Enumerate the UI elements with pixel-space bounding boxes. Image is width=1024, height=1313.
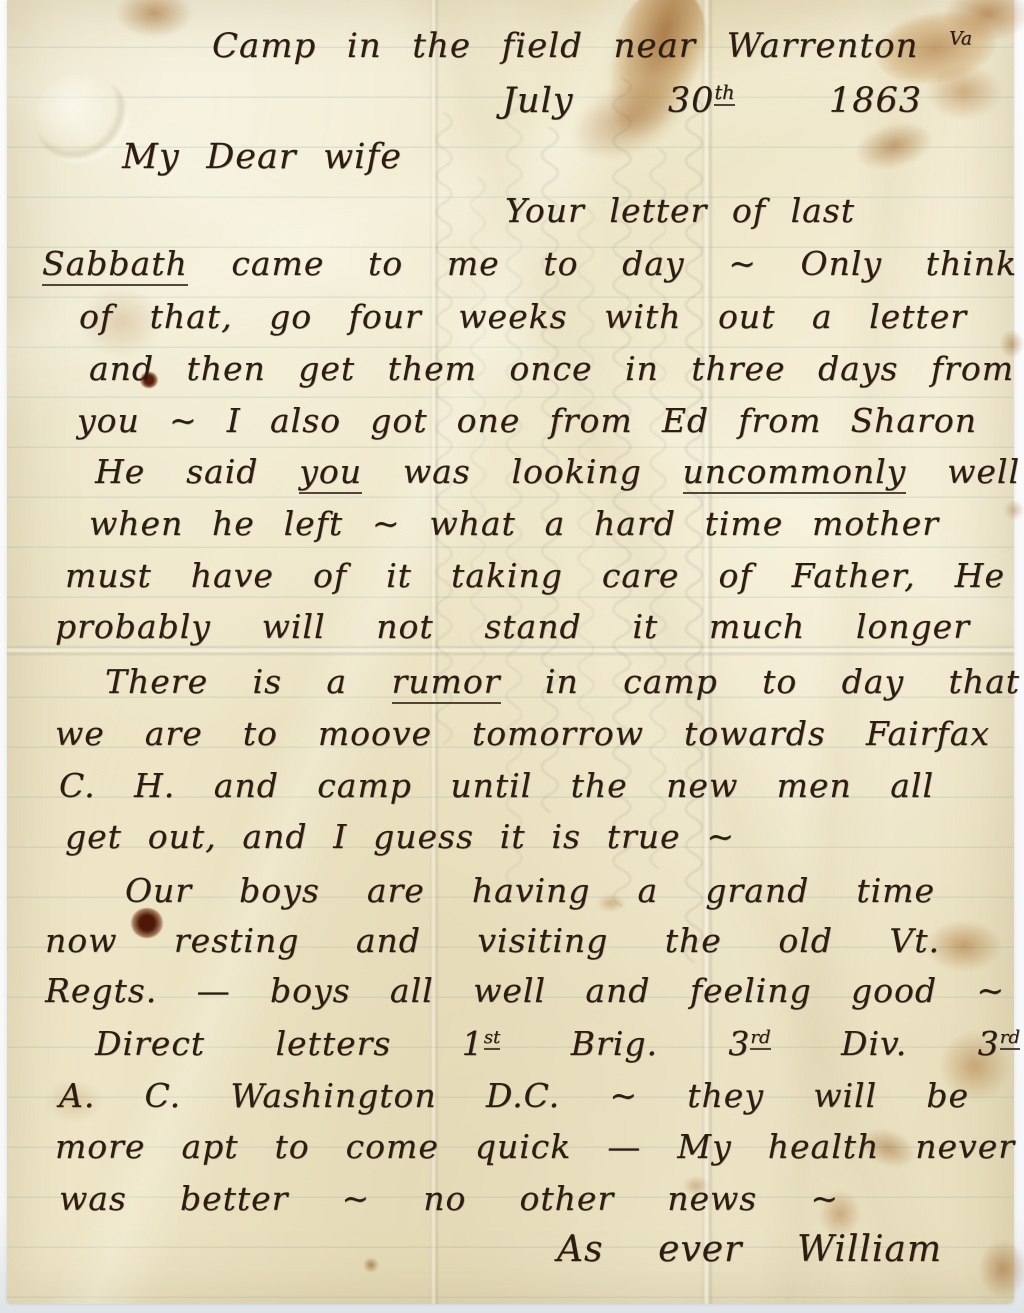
letter-text-segment: As ever William (557, 1229, 942, 1270)
letter-text-segment: now resting and visiting the old Vt. (45, 921, 940, 960)
letter-text-segment: There is a (105, 662, 392, 701)
letter-text-segment: and then get them once in three days fro… (89, 349, 1014, 388)
scan-stage: Camp in the field near Warrenton VaJuly … (0, 0, 1024, 1313)
letter-line-15: C. H. and camp until the new men all (59, 766, 934, 806)
letter-text-segment: probably will not stand it much longer (55, 607, 970, 646)
letter-text-segment: of that, go four weeks with out a letter (79, 297, 967, 336)
letter-text-segment: when he left ~ what a hard time mother (89, 504, 939, 543)
letter-line-16: get out, and I guess it is true ~ (65, 817, 735, 857)
letter-line-19: Regts. — boys all well and feeling good … (45, 971, 1005, 1011)
letter-line-6: of that, go four weeks with out a letter (79, 297, 967, 337)
letter-line-7: and then get them once in three days fro… (89, 349, 1014, 389)
letter-text-segment: more apt to come quick — My health never (55, 1127, 1015, 1166)
letter-text-segment: rd (1000, 1027, 1020, 1050)
letter-line-3: My Dear wife (122, 136, 402, 178)
letter-line-4: Your letter of last (505, 191, 855, 231)
letter-paper: Camp in the field near Warrenton VaJuly … (7, 0, 1014, 1304)
letter-text-segment: well (906, 452, 1020, 491)
letter-text-segment: came to me to day ~ Only think (188, 244, 1017, 283)
letter-line-20: Direct letters 1st Brig. 3rd Div. 3rd (95, 1024, 1020, 1064)
letter-text-segment: Your letter of last (505, 191, 855, 230)
letter-line-18: now resting and visiting the old Vt. (45, 921, 940, 961)
letter-text-segment: you ~ I also got one from Ed from Sharon (77, 401, 977, 440)
letter-line-24: As ever William (557, 1228, 942, 1271)
letter-text-segment: Our boys are having a grand time (125, 871, 935, 910)
letter-text-segment: rd (750, 1027, 770, 1050)
letter-text-segment: My Dear wife (122, 137, 402, 177)
letter-text-segment: must have of it taking care of Father, H… (65, 556, 1005, 595)
letter-line-14: we are to moove tomorrow towards Fairfax (55, 714, 990, 754)
letter-text-segment: Brig. 3 (500, 1024, 750, 1063)
letter-line-17: Our boys are having a grand time (125, 871, 935, 911)
letter-text-segment: Sabbath (42, 244, 188, 286)
letter-text-segment: Regts. — boys all well and feeling good … (45, 971, 1005, 1010)
letter-text-segment: Camp in the field near Warrenton (212, 26, 949, 66)
letter-line-13: There is a rumor in camp to day that (105, 662, 1020, 702)
letter-text-segment: Direct letters 1 (95, 1024, 484, 1063)
letter-text-segment: 1863 (735, 81, 922, 121)
letter-text-segment: uncommonly (683, 452, 907, 494)
letter-text-segment: in camp to day that (501, 662, 1021, 701)
letter-text-segment: you (299, 452, 362, 494)
letter-text-segment: get out, and I guess it is true ~ (65, 817, 735, 856)
letter-text-segment: th (714, 81, 734, 106)
letter-line-8: you ~ I also got one from Ed from Sharon (77, 401, 977, 441)
letter-line-10: when he left ~ what a hard time mother (89, 504, 939, 544)
letter-text-segment: st (484, 1027, 501, 1050)
letter-line-9: He said you was looking uncommonly well (95, 452, 1020, 492)
letter-text-segment: was better ~ no other news ~ (59, 1179, 839, 1218)
letter-line-1: Camp in the field near Warrenton Va (212, 26, 972, 67)
letter-line-12: probably will not stand it much longer (55, 607, 970, 647)
letter-line-5: Sabbath came to me to day ~ Only think (42, 244, 1017, 284)
letter-text-segment: July 30 (502, 81, 714, 121)
letter-line-11: must have of it taking care of Father, H… (65, 556, 1005, 596)
letter-text-segment: A. C. Washington D.C. ~ they will be (59, 1076, 969, 1115)
letter-text-segment: was looking (362, 452, 683, 491)
letter-line-2: July 30th 1863 (502, 80, 922, 122)
letter-text-segment: He said (95, 452, 299, 491)
letter-line-23: was better ~ no other news ~ (59, 1179, 839, 1219)
letter-text-segment: rumor (392, 662, 501, 704)
letter-text-segment: Div. 3 (771, 1024, 1000, 1063)
letter-line-22: more apt to come quick — My health never (55, 1127, 1015, 1167)
letter-line-21: A. C. Washington D.C. ~ they will be (59, 1076, 969, 1116)
letter-text: Camp in the field near Warrenton VaJuly … (7, 0, 1014, 1304)
letter-text-segment: we are to moove tomorrow towards Fairfax (55, 714, 990, 753)
letter-text-segment: Va (949, 29, 972, 50)
letter-text-segment: C. H. and camp until the new men all (59, 766, 934, 805)
